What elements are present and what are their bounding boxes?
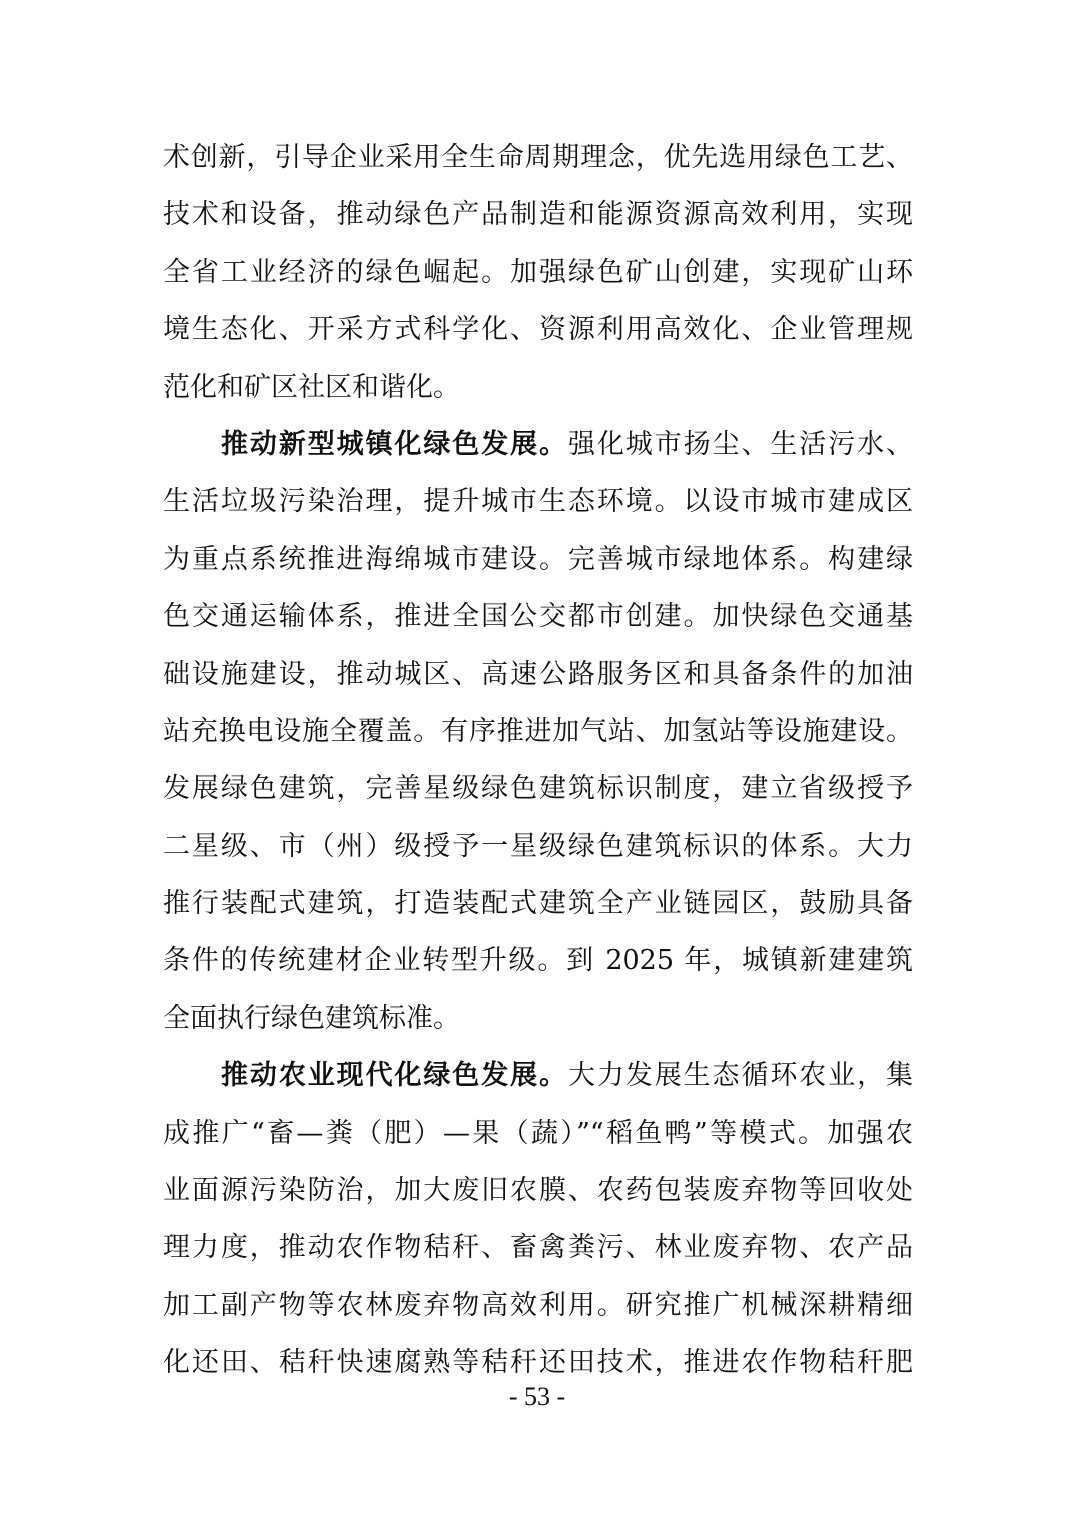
text-line: 为重点系统推进海绵城市建设。完善城市绿地体系。构建绿 — [163, 531, 913, 588]
text-line: 条件的传统建材企业转型升级。到 2025 年，城镇新建建筑 — [163, 932, 913, 989]
text-line: 色交通运输体系，推进全国公交都市创建。加快绿色交通基 — [163, 588, 913, 645]
text-line: 技术和设备，推动绿色产品制造和能源资源高效利用，实现 — [163, 186, 913, 243]
page-number: - 53 - — [0, 1382, 1074, 1412]
text-run: 大力发展生态循环农业，集 — [568, 1060, 913, 1091]
text-line: 生活垃圾污染治理，提升城市生态环境。以设市城市建成区 — [163, 473, 913, 530]
text-line: 业面源污染防治，加大废旧农膜、农药包装废弃物等回收处 — [163, 1162, 913, 1219]
text-run: 强化城市扬尘、生活污水、 — [568, 429, 913, 460]
text-line: 二星级、市（州）级授予一星级绿色建筑标识的体系。大力 — [163, 818, 913, 875]
text-line: 范化和矿区社区和谐化。 — [163, 359, 913, 416]
text-line: 础设施建设，推动城区、高速公路服务区和具备条件的加油 — [163, 646, 913, 703]
paragraph-heading: 推动农业现代化绿色发展。 — [221, 1060, 568, 1091]
text-line: 全省工业经济的绿色崛起。加强绿色矿山创建，实现矿山环 — [163, 244, 913, 301]
text-line: 境生态化、开采方式科学化、资源利用高效化、企业管理规 — [163, 301, 913, 358]
text-line: 站充换电设施全覆盖。有序推进加气站、加氢站等设施建设。 — [163, 703, 913, 760]
text-line: 加工副产物等农林废弃物高效利用。研究推广机械深耕精细 — [163, 1277, 913, 1334]
paragraph-first-line: 推动农业现代化绿色发展。大力发展生态循环农业，集 — [163, 1047, 913, 1104]
text-line: 发展绿色建筑，完善星级绿色建筑标识制度，建立省级授予 — [163, 760, 913, 817]
text-line: 全面执行绿色建筑标准。 — [163, 990, 913, 1047]
text-line: 理力度，推动农作物秸秆、畜禽粪污、林业废弃物、农产品 — [163, 1219, 913, 1276]
text-line: 术创新，引导企业采用全生命周期理念，优先选用绿色工艺、 — [163, 129, 913, 186]
text-line: 推行装配式建筑，打造装配式建筑全产业链园区，鼓励具备 — [163, 875, 913, 932]
paragraph-heading: 推动新型城镇化绿色发展。 — [221, 429, 568, 460]
document-page: 术创新，引导企业采用全生命周期理念，优先选用绿色工艺、 技术和设备，推动绿色产品… — [0, 0, 1074, 1520]
paragraph-first-line: 推动新型城镇化绿色发展。强化城市扬尘、生活污水、 — [163, 416, 913, 473]
body-text: 术创新，引导企业采用全生命周期理念，优先选用绿色工艺、 技术和设备，推动绿色产品… — [163, 129, 913, 1392]
text-line: 成推广“畜—粪（肥）—果（蔬）”“稻鱼鸭”等模式。加强农 — [163, 1105, 913, 1162]
